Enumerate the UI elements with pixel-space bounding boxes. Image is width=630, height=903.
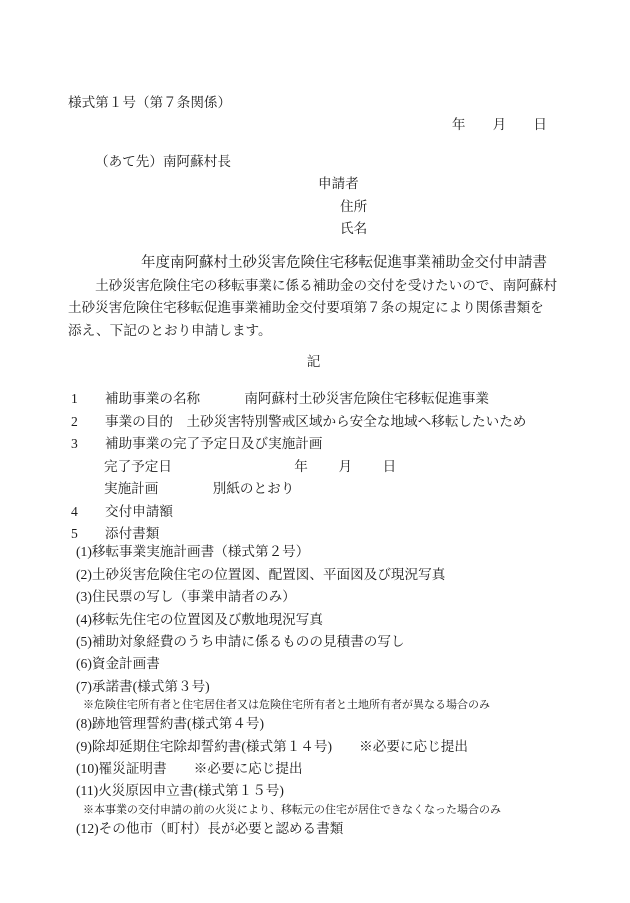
- item3-detail-plan: 実施計画 別紙のとおり: [68, 478, 547, 500]
- list-item-text: 補助事業の完了予定日及び実施計画: [105, 436, 323, 451]
- date-line: 年 月 日: [68, 114, 547, 136]
- paragraph-line: 添え、下記のとおり申請します。: [68, 320, 547, 342]
- list-item-3: 3補助事業の完了予定日及び実施計画: [68, 433, 547, 455]
- paragraph-line: 土砂災害危険住宅移転促進事業補助金交付要項第７条の規定により関係書類を: [68, 297, 547, 319]
- list-item-4: 4交付申請額: [68, 501, 547, 523]
- attachment-item: (5)補助対象経費のうち申請に係るものの見積書の写し: [68, 631, 547, 653]
- attachment-item: (7)承諾書(様式第３号): [68, 676, 547, 698]
- attachment-item: (2)土砂災害危険住宅の位置図、配置図、平面図及び現況写真: [68, 564, 547, 586]
- attachment-item: (8)跡地管理誓約書(様式第４号): [68, 713, 547, 735]
- attachment-item: (1)移転事業実施計画書（様式第２号）: [68, 541, 547, 563]
- list-item-text: 添付書類: [105, 526, 159, 541]
- attachment-item: (3)住民票の写し（事業申請者のみ）: [68, 586, 547, 608]
- item3-detail-completion-date: 完了予定日 年 月 日: [68, 456, 547, 478]
- attachment-item: (9)除却延期住宅除却誓約書(様式第１４号) ※必要に応じ提出: [68, 736, 547, 758]
- paragraph-line: 土砂災害危険住宅の移転事業に係る補助金の交付を受けたいので、南阿蘇村: [68, 275, 547, 297]
- document-title: 年度南阿蘇村土砂災害危険住宅移転促進事業補助金交付申請書: [141, 252, 547, 274]
- attachment-note: ※危険住宅所有者と住宅居住者又は危険住宅所有者と土地所有者が異なる場合のみ: [68, 698, 547, 713]
- attachment-item: (12)その他市（町村）長が必要と認める書類: [68, 818, 547, 840]
- list-item-text: 補助事業の名称 南阿蘇村土砂災害危険住宅移転促進事業: [105, 391, 489, 406]
- numbered-list: 1補助事業の名称 南阿蘇村土砂災害危険住宅移転促進事業 2事業の目的 土砂災害特…: [68, 388, 547, 545]
- attachment-item: (6)資金計画書: [68, 653, 547, 675]
- list-item-2: 2事業の目的 土砂災害特別警戒区域から安全な地域へ移転したいため: [68, 411, 547, 433]
- applicant-name-label: 氏名: [340, 218, 547, 240]
- list-item-number: 4: [68, 501, 105, 523]
- list-item-1: 1補助事業の名称 南阿蘇村土砂災害危険住宅移転促進事業: [68, 388, 547, 410]
- attachment-item: (10)罹災証明書 ※必要に応じ提出: [68, 758, 547, 780]
- applicant-label: 申請者: [318, 173, 547, 195]
- attachment-note: ※本事業の交付申請の前の火災により、移転元の住宅が居住できなくなった場合のみ: [68, 803, 547, 818]
- attachments-list: (1)移転事業実施計画書（様式第２号） (2)土砂災害危険住宅の位置図、配置図、…: [68, 541, 547, 840]
- list-item-text: 交付申請額: [105, 504, 173, 519]
- list-item-text: 事業の目的 土砂災害特別警戒区域から安全な地域へ移転したいため: [105, 414, 526, 429]
- applicant-address-label: 住所: [340, 196, 547, 218]
- list-item-number: 3: [68, 433, 105, 455]
- document-page: 様式第１号（第７条関係） 年 月 日 （あて先）南阿蘇村長 申請者 住所 氏名 …: [0, 0, 630, 903]
- record-heading: 記: [68, 351, 547, 373]
- list-item-number: 1: [68, 388, 105, 410]
- form-number: 様式第１号（第７条関係）: [68, 92, 547, 114]
- list-item-number: 2: [68, 411, 105, 433]
- attachment-item: (4)移転先住宅の位置図及び敷地現況写真: [68, 609, 547, 631]
- addressee-line: （あて先）南阿蘇村長: [68, 151, 547, 173]
- body-paragraph: 土砂災害危険住宅の移転事業に係る補助金の交付を受けたいので、南阿蘇村 土砂災害危…: [68, 275, 547, 342]
- attachment-item: (11)火災原因申立書(様式第１５号): [68, 780, 547, 802]
